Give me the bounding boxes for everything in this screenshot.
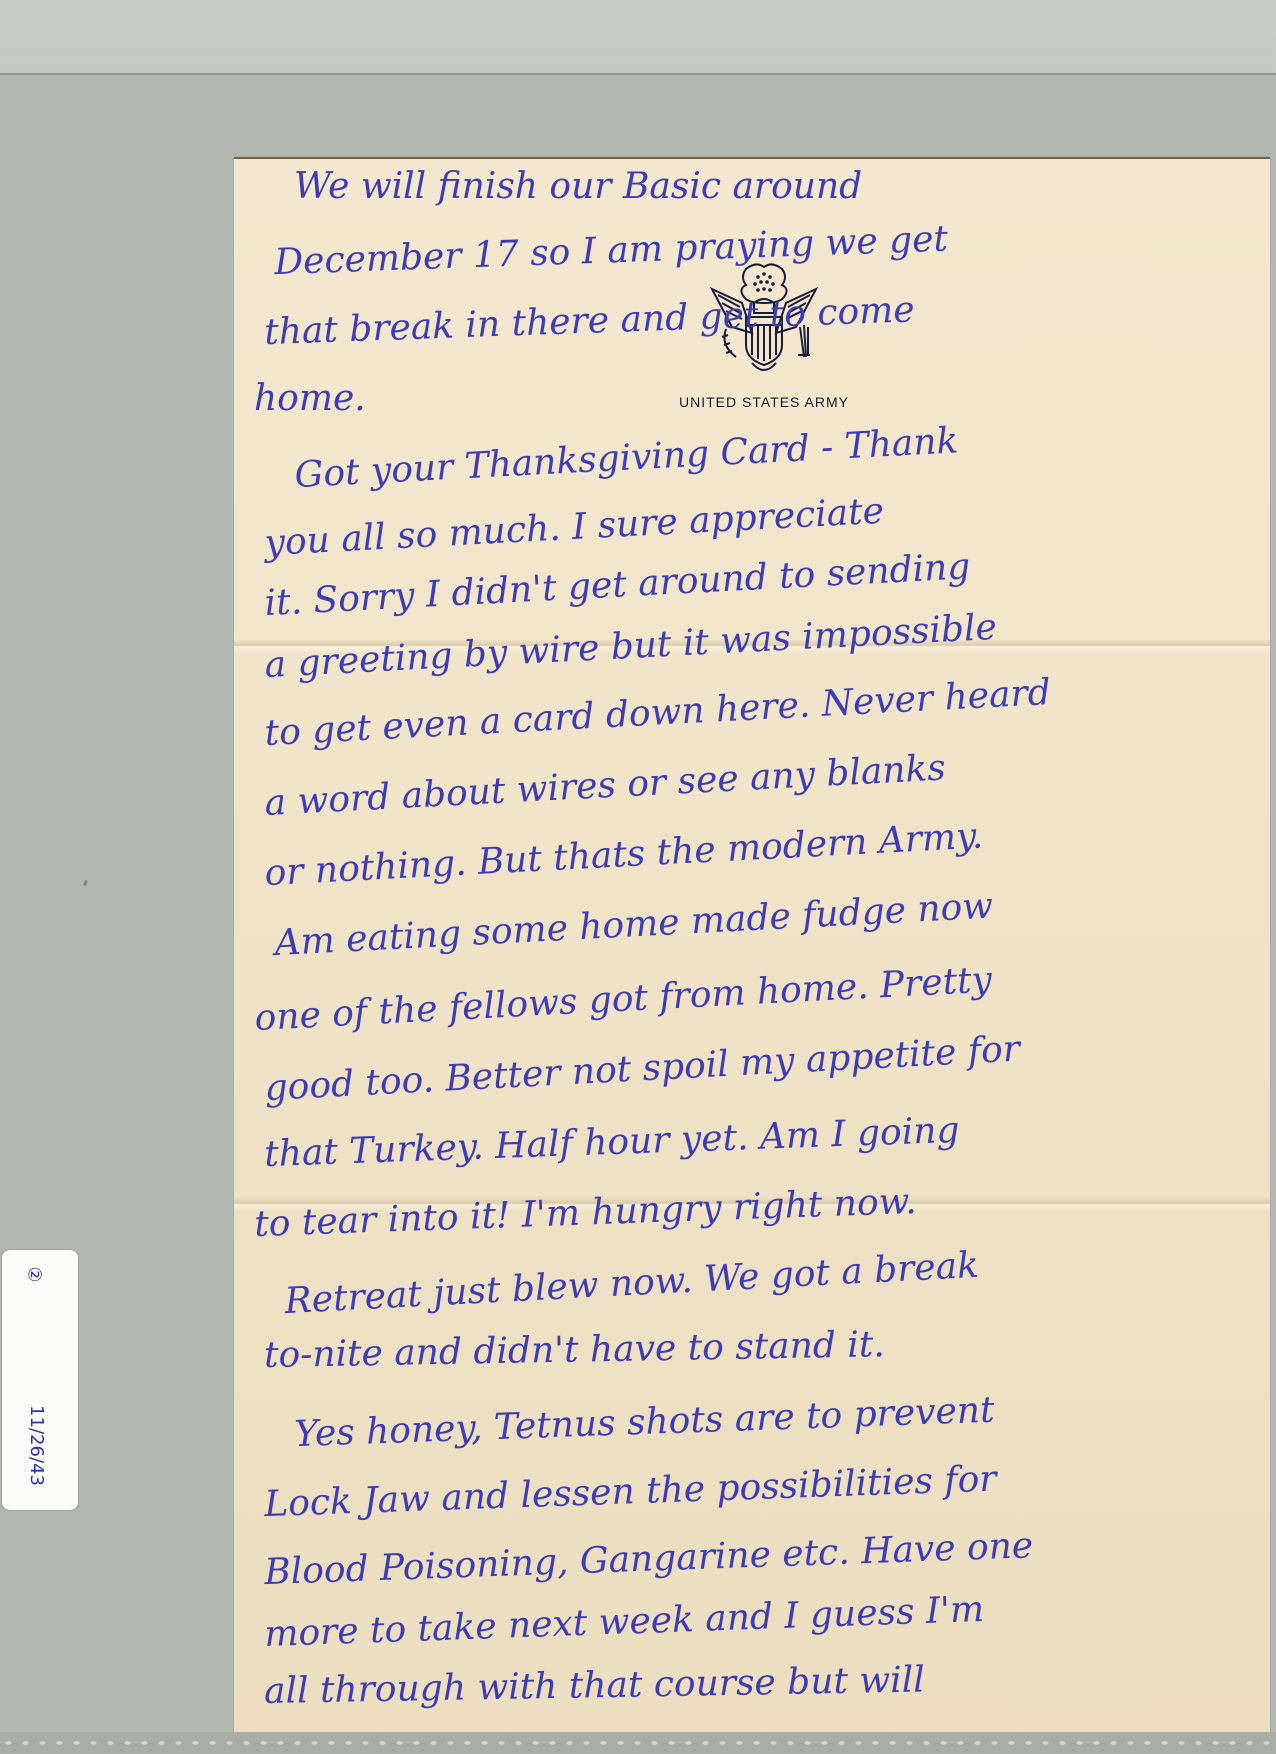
archive-label: ② 11/26/43 xyxy=(2,1250,78,1510)
letter-page: UNITED STATES ARMY We will finish our Ba… xyxy=(234,157,1270,1734)
dust-speck xyxy=(83,880,88,887)
label-page-number: ② xyxy=(24,1266,45,1282)
letter-line: home. xyxy=(254,381,1276,417)
letter-line: Retreat just blew now. We got a break xyxy=(284,1230,1276,1320)
archival-sleeve-top-band xyxy=(0,0,1276,75)
letter-line: all through with that course but will xyxy=(264,1656,1276,1710)
letter-line: to tear into it! I'm hungry right now. xyxy=(254,1171,1276,1243)
letter-line: Yes honey, Tetnus shots are to prevent xyxy=(294,1381,1276,1453)
archival-sleeve-perforated-edge xyxy=(0,1732,1276,1754)
letter-line: one of the fellows got from home. Pretty xyxy=(254,947,1276,1037)
letter-line: more to take next week and I guess I'm xyxy=(264,1581,1276,1653)
letter-line: We will finish our Basic around xyxy=(294,169,1276,205)
letter-line: to-nite and didn't have to stand it. xyxy=(264,1320,1276,1374)
letter-line: that Turkey. Half hour yet. Am I going xyxy=(264,1101,1276,1173)
label-date: 11/26/43 xyxy=(26,1405,47,1486)
letter-line: Lock Jaw and lessen the possibilities fo… xyxy=(264,1451,1276,1523)
letter-line: Blood Poisoning, Gangarine etc. Have one xyxy=(264,1519,1276,1591)
